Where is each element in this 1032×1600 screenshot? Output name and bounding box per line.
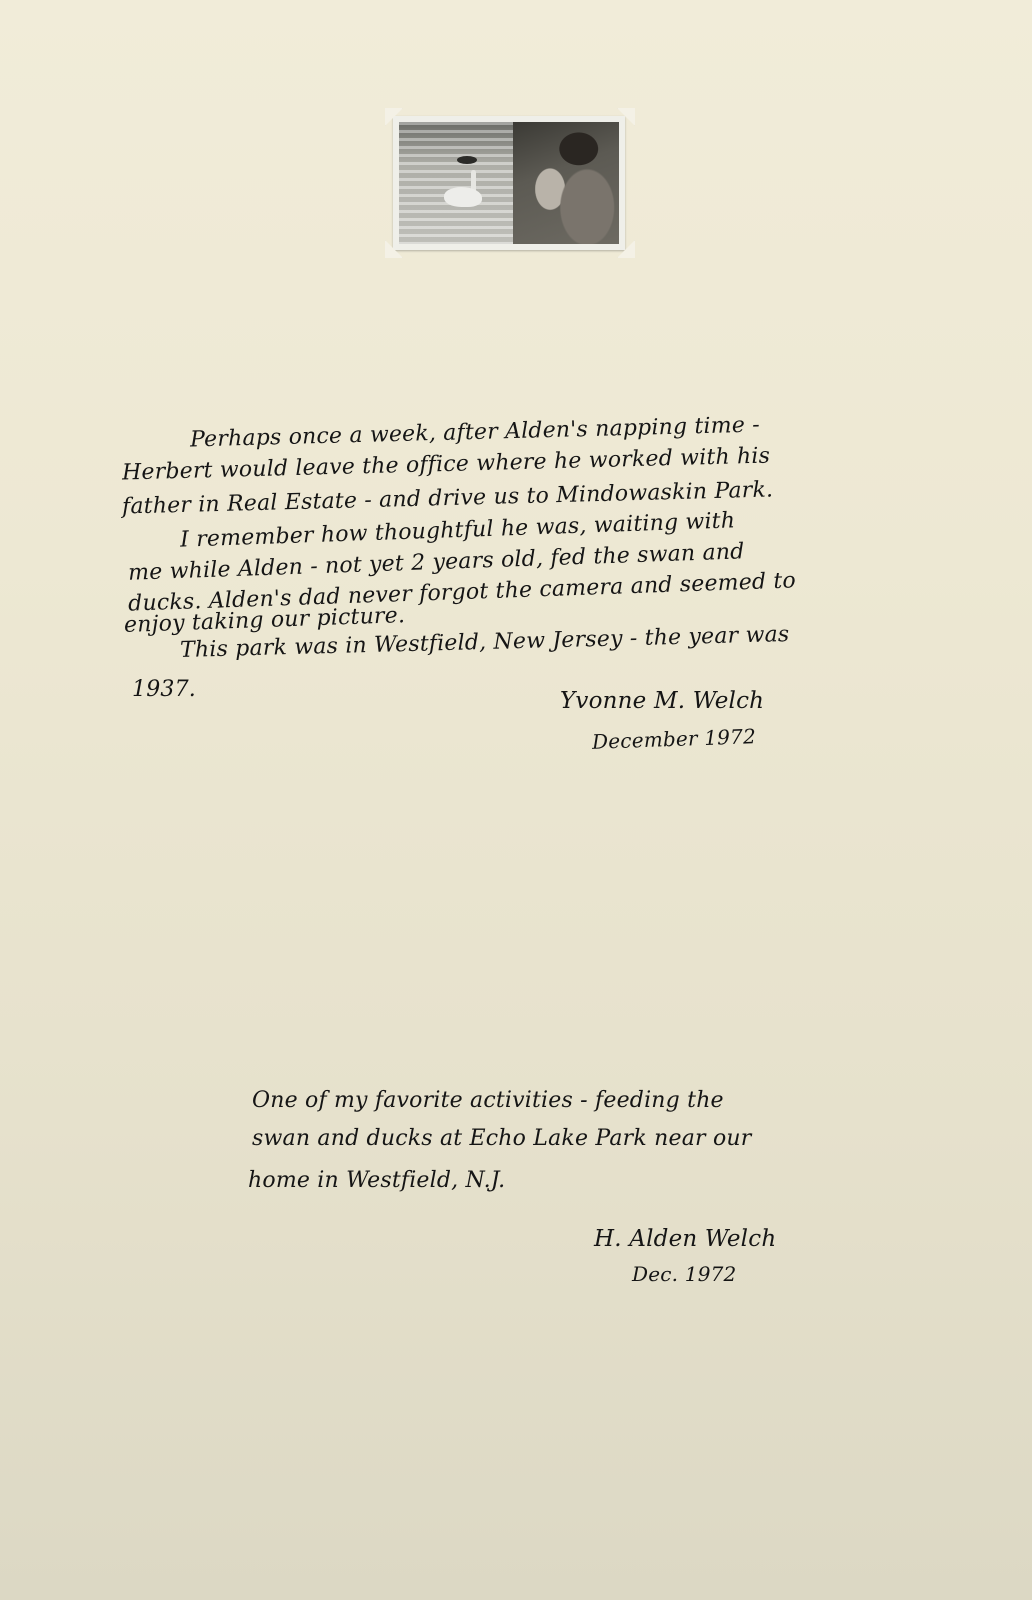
photograph (393, 116, 625, 250)
duck-figure (457, 156, 477, 164)
note-line: swan and ducks at Echo Lake Park near ou… (252, 1126, 751, 1151)
signature-date: December 1972 (592, 724, 757, 754)
note-line: 1937. (132, 677, 196, 702)
pond-water (399, 122, 531, 244)
mounted-photo (385, 108, 635, 258)
signature-alden: H. Alden Welch (594, 1226, 776, 1252)
note-line: One of my favorite activities - feeding … (252, 1088, 724, 1113)
swan-figure (444, 187, 482, 207)
scrapbook-page: Perhaps once a week, after Alden's nappi… (0, 0, 1032, 1600)
photo-image (399, 122, 619, 244)
signature-date: Dec. 1972 (632, 1262, 737, 1286)
signature-yvonne: Yvonne M. Welch (560, 688, 764, 714)
note-line: home in Westfield, N.J. (248, 1168, 505, 1193)
mother-and-child-figure (513, 122, 619, 244)
